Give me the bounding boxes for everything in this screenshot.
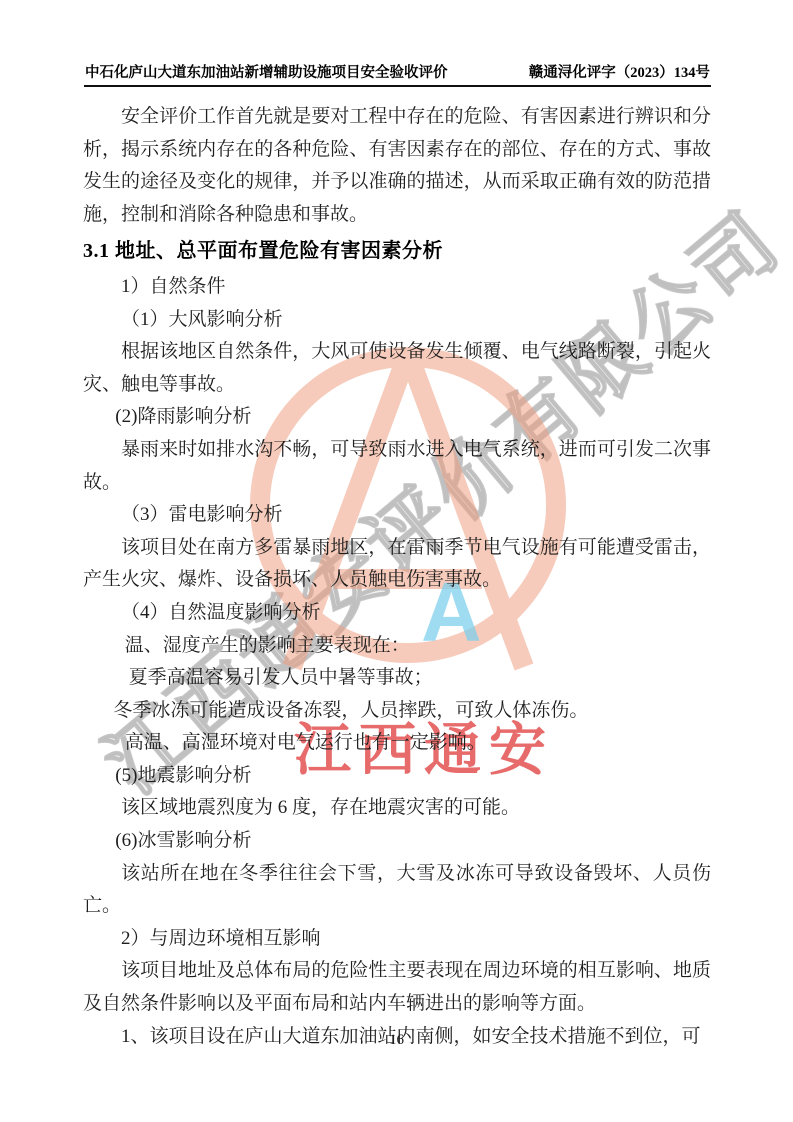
page-header: 中石化庐山大道东加油站新增辅助设施项目安全验收评价 赣通浔化评字（2023）13…	[85, 61, 710, 82]
para-temperature-1: 温、湿度产生的影响主要表现在：	[125, 630, 711, 663]
para-intro: 安全评价工作首先就是要对工程中存在的危险、有害因素进行辨识和分析，揭示系统内存在…	[83, 101, 711, 231]
para-surroundings: 该项目地址及总体布局的危险性主要表现在周边环境的相互影响、地质及自然条件影响以及…	[83, 955, 711, 1020]
document-page: 江西通安评价有限公司 A 江西通安 中石化庐山大道东加油站新增辅助设施项目安全验…	[0, 0, 793, 1122]
para-rain: 暴雨来时如排水沟不畅，可导致雨水进入电气系统，进而可引发二次事故。	[83, 434, 711, 499]
item-rain-title: (2)降雨影响分析	[115, 401, 711, 434]
item-natural-conditions: 1）自然条件	[121, 271, 711, 304]
item-earthquake-title: (5)地震影响分析	[115, 760, 711, 793]
para-temperature-4: 高温、高湿环境对电气运行也有一定影响。	[125, 727, 711, 760]
document-body: 安全评价工作首先就是要对工程中存在的危险、有害因素进行辨识和分析，揭示系统内存在…	[83, 101, 711, 1053]
header-doc-title: 中石化庐山大道东加油站新增辅助设施项目安全验收评价	[85, 61, 448, 82]
page-number: 16	[0, 1032, 793, 1049]
para-lightning: 该项目处在南方多雷暴雨地区，在雷雨季节电气设施有可能遭受雷击，产生火灾、爆炸、设…	[83, 532, 711, 597]
para-snow: 该站所在地在冬季往往会下雪，大雪及冰冻可导致设备毁坏、人员伤亡。	[83, 858, 711, 923]
item-snow-title: (6)冰雪影响分析	[115, 825, 711, 858]
item-surroundings-title: 2）与周边环境相互影响	[121, 923, 711, 956]
para-temperature-2: 夏季高温容易引发人员中暑等事故；	[129, 662, 711, 695]
item-lightning-title: （3）雷电影响分析	[121, 499, 711, 532]
header-doc-number: 赣通浔化评字（2023）134号	[529, 61, 710, 82]
para-wind: 根据该地区自然条件，大风可使设备发生倾覆、电气线路断裂，引起火灾、触电等事故。	[83, 336, 711, 401]
para-temperature-3: 冬季冰冻可能造成设备冻裂，人员摔跌，可致人体冻伤。	[113, 695, 711, 728]
para-earthquake: 该区域地震烈度为 6 度，存在地震灾害的可能。	[83, 792, 711, 825]
item-temperature-title: （4）自然温度影响分析	[121, 597, 711, 630]
item-wind-title: （1）大风影响分析	[121, 304, 711, 337]
header-rule	[84, 85, 711, 87]
heading-3-1: 3.1 地址、总平面布置危险有害因素分析	[83, 235, 711, 268]
